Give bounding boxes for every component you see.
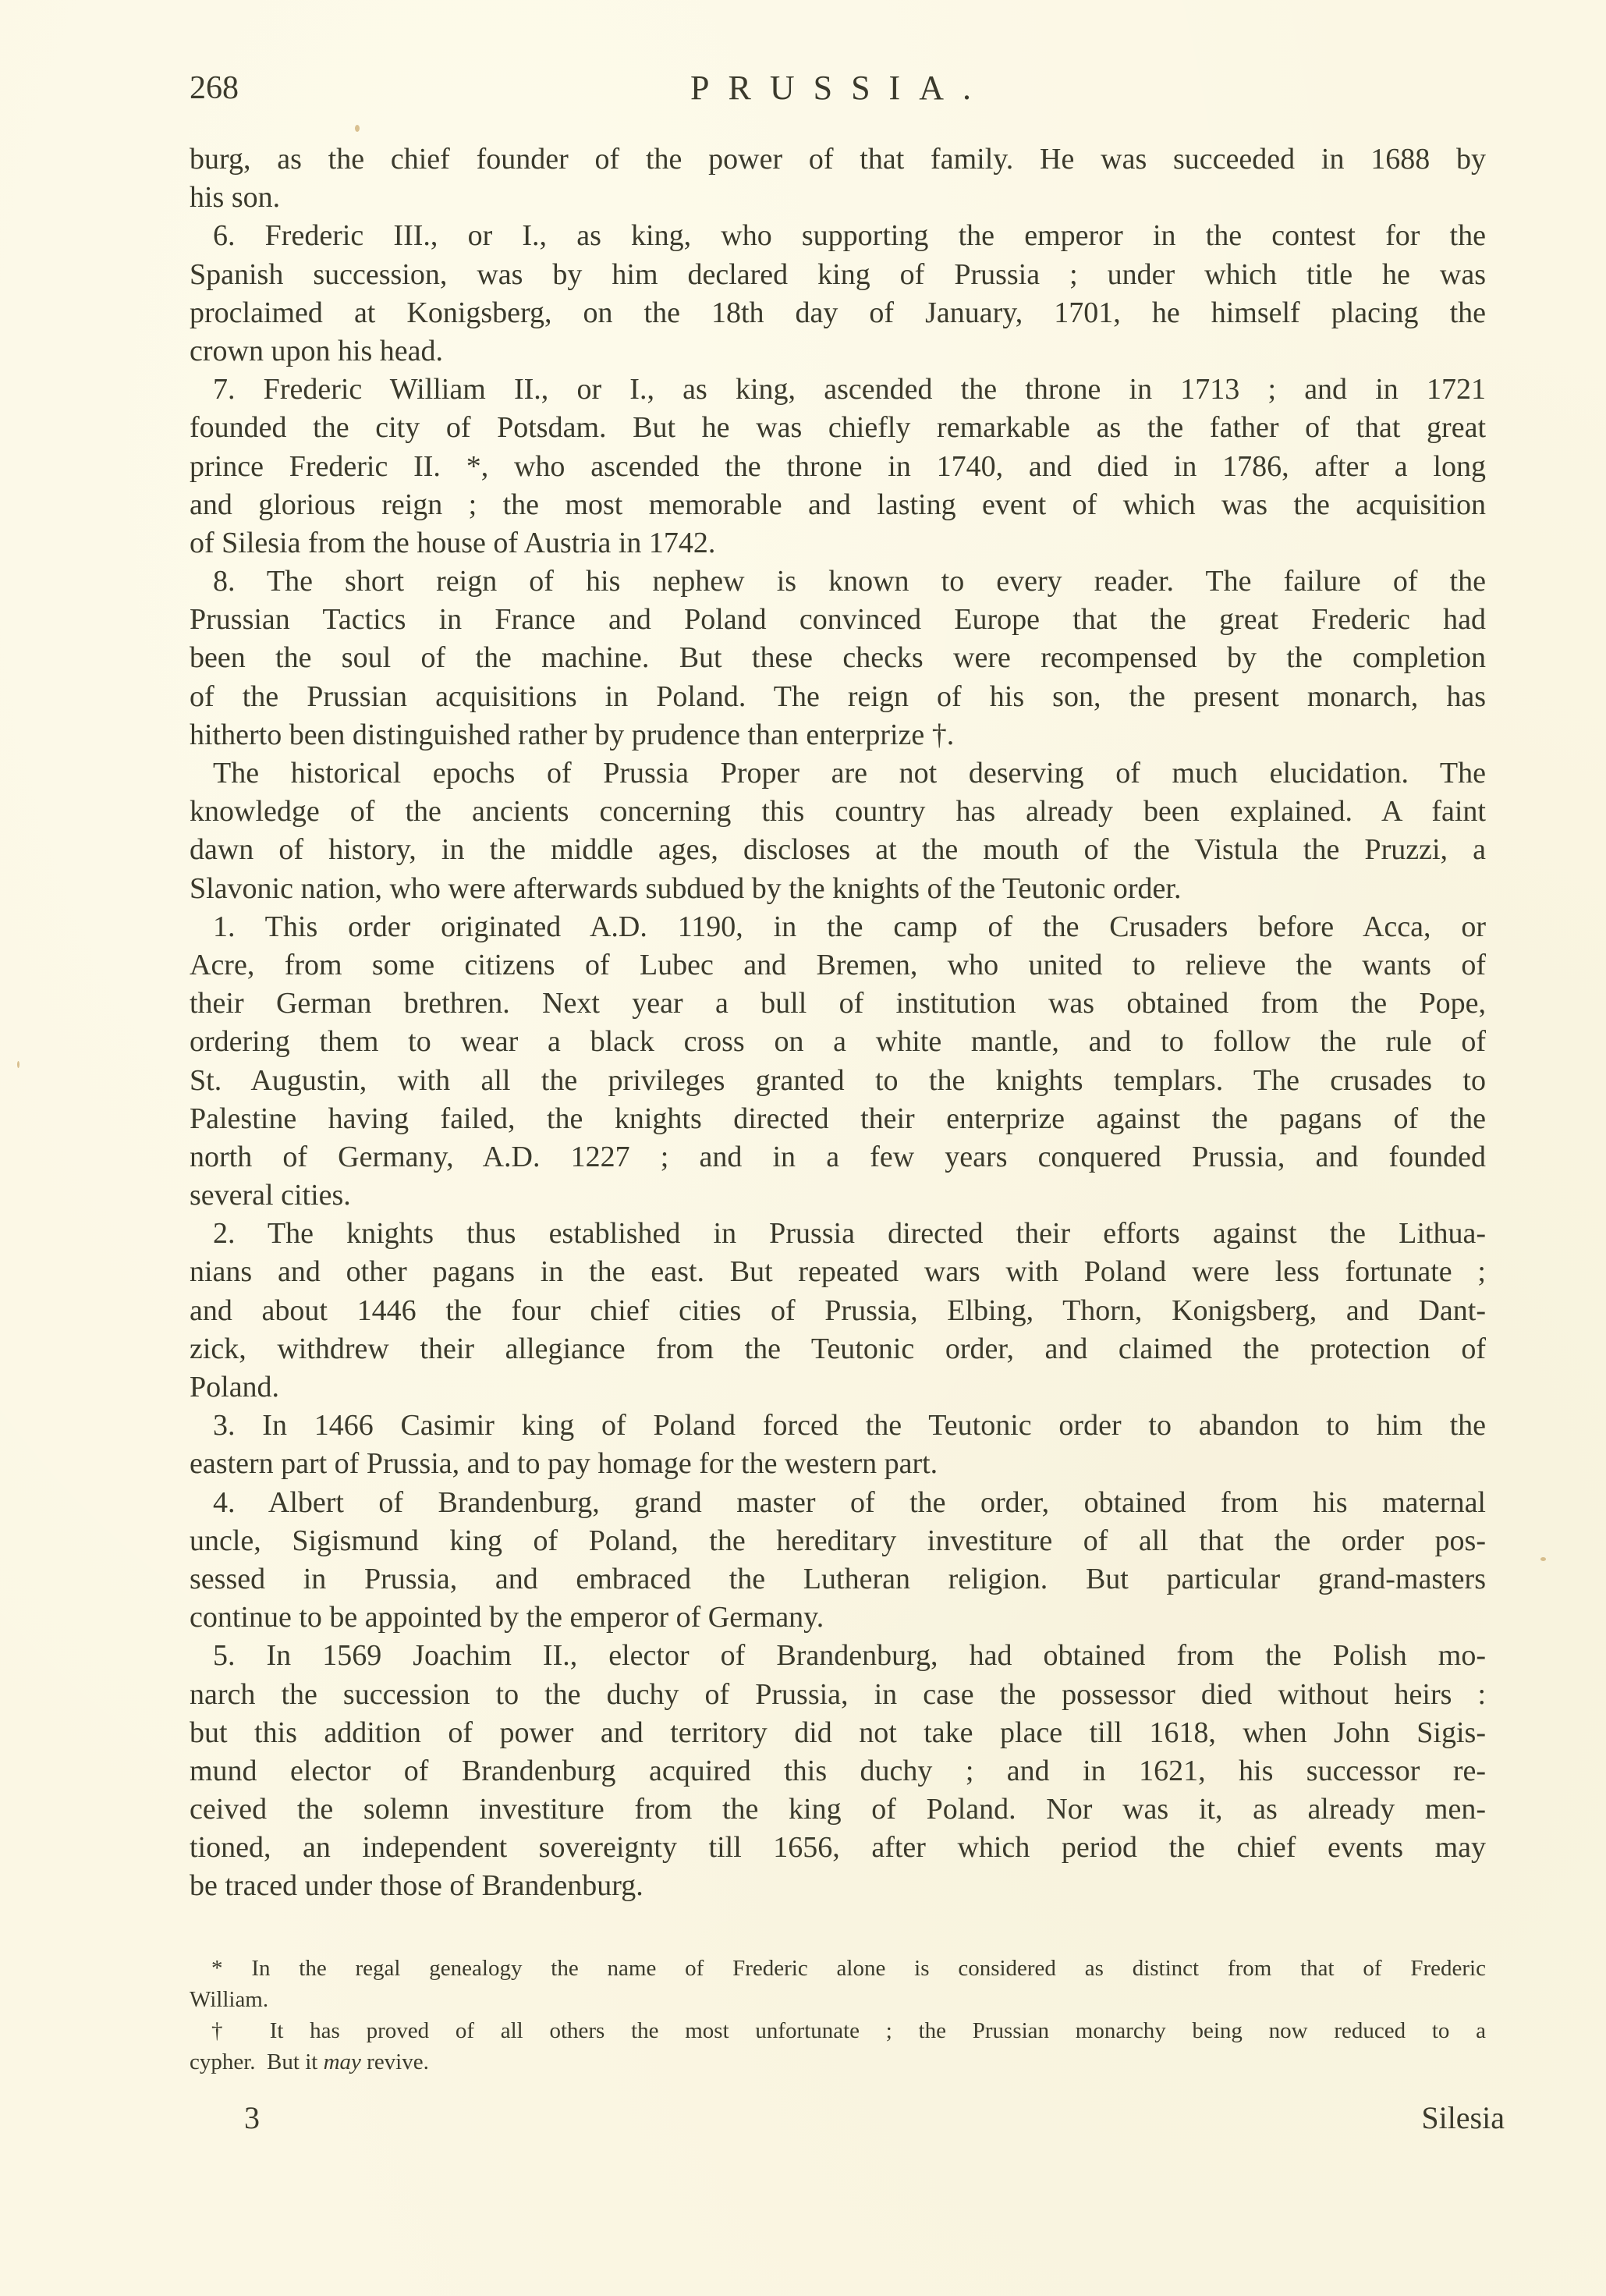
text-line: their German brethren. Next year a bull …	[190, 985, 1486, 1023]
footnote-line: William.	[190, 1984, 1486, 2015]
text-line: founded the city of Potsdam. But he was …	[190, 409, 1486, 447]
text-line: Palestine having failed, the knights dir…	[190, 1100, 1486, 1138]
book-page: 268 PRUSSIA. burg, as the chief founder …	[0, 0, 1606, 2296]
page-title: PRUSSIA.	[690, 69, 990, 108]
text-line: ceived the solemn investiture from the k…	[190, 1790, 1486, 1829]
text-line: continue to be appointed by the emperor …	[190, 1599, 1486, 1637]
text-line: sessed in Prussia, and embraced the Luth…	[190, 1560, 1486, 1599]
signature-mark: 3	[244, 2099, 260, 2138]
text-line: and glorious reign ; the most memorable …	[190, 486, 1486, 524]
text-line: narch the succession to the duchy of Pru…	[190, 1676, 1486, 1714]
text-line: St. Augustin, with all the privileges gr…	[190, 1062, 1486, 1100]
text-line: crown upon his head.	[190, 332, 1486, 371]
text-line: zick, withdrew their allegiance from the…	[190, 1330, 1486, 1368]
text-line: uncle, Sigismund king of Poland, the her…	[190, 1522, 1486, 1560]
text-line: Poland.	[190, 1368, 1486, 1407]
text-line: ordering them to wear a black cross on a…	[190, 1023, 1486, 1061]
text-line: 7. Frederic William II., or I., as king,…	[190, 371, 1486, 409]
text-line: of Silesia from the house of Austria in …	[190, 524, 1486, 562]
footnote-text: revive.	[361, 2049, 429, 2074]
paper-speck	[17, 1061, 19, 1068]
running-head: 268 PRUSSIA.	[190, 69, 1486, 108]
footnote-line: cypher. But it may revive.	[190, 2046, 1486, 2078]
text-line: proclaimed at Konigsberg, on the 18th da…	[190, 294, 1486, 332]
page-number: 268	[190, 69, 239, 108]
footnote-line: * In the regal genealogy the name of Fre…	[190, 1953, 1486, 1984]
text-line: and about 1446 the four chief cities of …	[190, 1292, 1486, 1330]
footnote-text: cypher. But it	[190, 2049, 324, 2074]
paper-speck	[355, 125, 360, 132]
text-line: 2. The knights thus established in Pruss…	[190, 1215, 1486, 1253]
text-line: mund elector of Brandenburg acquired thi…	[190, 1752, 1486, 1790]
text-line: 5. In 1569 Joachim II., elector of Brand…	[190, 1637, 1486, 1675]
text-line: his son.	[190, 179, 1486, 217]
text-line: 6. Frederic III., or I., as king, who su…	[190, 217, 1486, 255]
text-line: tioned, an independent sovereignty till …	[190, 1829, 1486, 1867]
text-line: been the soul of the machine. But these …	[190, 639, 1486, 677]
text-line: eastern part of Prussia, and to pay homa…	[190, 1445, 1486, 1483]
text-line: but this addition of power and territory…	[190, 1714, 1486, 1752]
footnotes: * In the regal genealogy the name of Fre…	[190, 1953, 1486, 2078]
footnote-italic-text: may	[324, 2049, 361, 2074]
text-line: Spanish succession, was by him declared …	[190, 256, 1486, 294]
text-line: knowledge of the ancients concerning thi…	[190, 793, 1486, 831]
text-line: burg, as the chief founder of the power …	[190, 140, 1486, 179]
text-line: prince Frederic II. *, who ascended the …	[190, 448, 1486, 486]
text-line: several cities.	[190, 1176, 1486, 1215]
text-line: be traced under those of Brandenburg.	[190, 1867, 1486, 1905]
text-line: 3. In 1466 Casimir king of Poland forced…	[190, 1407, 1486, 1445]
text-line: nians and other pagans in the east. But …	[190, 1253, 1486, 1291]
paper-speck	[1540, 1557, 1546, 1561]
body-text: burg, as the chief founder of the power …	[190, 140, 1486, 1906]
text-line: hitherto been distinguished rather by pr…	[190, 716, 1486, 754]
text-line: dawn of history, in the middle ages, dis…	[190, 831, 1486, 869]
footnote-line: † It has proved of all others the most u…	[190, 2015, 1486, 2046]
text-line: Prussian Tactics in France and Poland co…	[190, 601, 1486, 639]
text-line: The historical epochs of Prussia Proper …	[190, 754, 1486, 793]
text-line: north of Germany, A.D. 1227 ; and in a f…	[190, 1138, 1486, 1176]
catchword: Silesia	[1421, 2099, 1505, 2138]
text-line: 4. Albert of Brandenburg, grand master o…	[190, 1484, 1486, 1522]
text-line: of the Prussian acquisitions in Poland. …	[190, 678, 1486, 716]
text-line: 8. The short reign of his nephew is know…	[190, 562, 1486, 601]
text-line: 1. This order originated A.D. 1190, in t…	[190, 908, 1486, 946]
text-line: Acre, from some citizens of Lubec and Br…	[190, 946, 1486, 985]
text-line: Slavonic nation, who were afterwards sub…	[190, 870, 1486, 908]
